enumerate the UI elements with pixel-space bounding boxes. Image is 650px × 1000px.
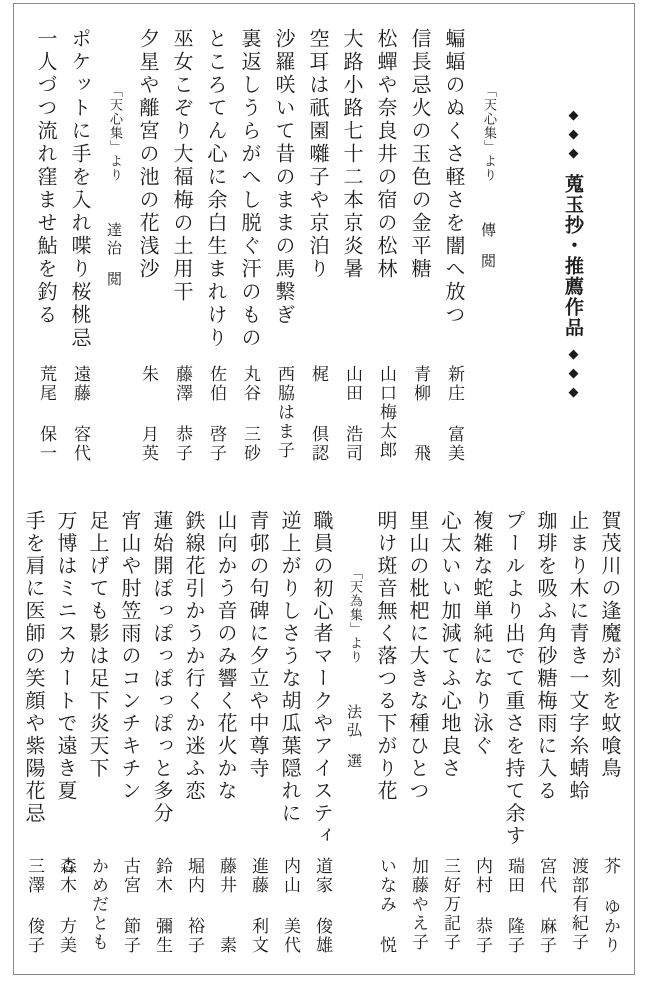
poem-text: 夕星や離宮の池の花浅沙 [136, 28, 160, 281]
author-family-name: 三好万記子 [434, 857, 466, 952]
poem-column: 裏返しうらがへし脱ぐ汗のもの丸谷三砂 [233, 28, 267, 490]
author-given-name: 保一 [29, 425, 63, 463]
poem-column: 珈琲を吸ふ角砂糖梅雨に入る宮代麻子 [530, 510, 562, 976]
poem-column: 賀茂川の逢魔が刻を蚊喰鳥芥ゆかり [594, 510, 626, 976]
poem-text: 止まり木に青き一文字糸蜻蛉 [566, 510, 590, 803]
author-given-name: 素 [210, 936, 242, 955]
poem-text: 万博はミニスカートで遠き夏 [54, 510, 78, 803]
poem-text: 心太いい加減てふ心地良さ [438, 510, 462, 780]
author-name: 道家俊雄 [306, 857, 338, 955]
poem-text: 青邨の句碑に夕立や中尊寺 [246, 510, 270, 780]
author-family-name: 梶 [301, 365, 335, 384]
poem-text: 巫女こぞり大福梅の土用干 [170, 28, 194, 304]
poem-column: 鉄線花引かうか行くか迷ふ恋堀内裕子 [178, 510, 210, 976]
poem-text: 蓮始開ぽっぽっぽっぽっと多分 [150, 510, 174, 825]
poem-column: 足上げても影は足下炎天下かめだともこ [82, 510, 114, 976]
poem-text: 裏返しうらがへし脱ぐ汗のもの [238, 28, 262, 350]
poem-column: プールより出でて重さを持て余す瑞田隆子 [498, 510, 530, 976]
selection-header-column: 「天心集」より達治閲 [97, 28, 131, 490]
author-name: 佐伯啓子 [199, 365, 233, 463]
poem-text: 大路小路七十二本京炎暑 [340, 28, 364, 281]
author-given-name: 三砂 [233, 425, 267, 463]
poem-column: 蝙蝠のぬくさ軽さを闇へ放つ新庄富美 [437, 28, 471, 490]
poem-text: 明け斑音無く落つる下がり花 [374, 510, 398, 803]
author-name: 森木方美 [50, 857, 82, 955]
bottom-section: 賀茂川の逢魔が刻を蚊喰鳥芥ゆかり止まり木に青き一文字糸蜻蛉渡部有紀子珈琲を吸ふ角… [18, 510, 626, 976]
magazine-page: ◆◆◆蒐玉抄・推薦作品◆◆◆ 「天心集」より傳閲蝙蝠のぬくさ軽さを闇へ放つ新庄富… [0, 0, 650, 1000]
header-role-label: 閲 [471, 253, 505, 268]
poem-column: 職員の初心者マークやアイスティ道家俊雄 [306, 510, 338, 976]
page-title: 蒐玉抄・推薦作品 [551, 174, 595, 338]
poem-text: 複雑な蛇単純になり泳ぐ [470, 510, 494, 758]
author-family-name: かめだともこ [82, 857, 114, 955]
author-given-name: ゆかり [594, 898, 626, 955]
author-name: 加藤やえ子 [402, 857, 434, 955]
author-name: 朱月英 [131, 365, 165, 463]
author-name: 山口梅太郎 [369, 365, 403, 463]
author-given-name: 月英 [131, 425, 165, 463]
poem-text: 信長忌火の玉色の金平糖 [408, 28, 432, 281]
poem-text: 鉄線花引かうか行くか迷ふ恋 [182, 510, 206, 803]
poem-text: 賀茂川の逢魔が刻を蚊喰鳥 [598, 510, 622, 780]
author-name: 藤井素 [210, 857, 242, 955]
author-given-name: 俊子 [18, 917, 50, 955]
author-family-name: 朱 [131, 365, 165, 384]
poem-column: 沙羅咲いて昔のままの馬繋ぎ西脇はま子 [267, 28, 301, 490]
poem-text: 山向かう音のみ響く花火かな [214, 510, 238, 803]
author-given-name: 俊雄 [306, 917, 338, 955]
poem-text: ポケットに手を入れ喋り桜桃忌 [68, 28, 92, 350]
author-given-name: 裕子 [178, 917, 210, 955]
header-source-label: 「天心集」より [481, 84, 496, 182]
title-ornament-bottom: ◆◆◆ [551, 347, 595, 404]
author-family-name: 森木 [50, 857, 82, 895]
author-name: 新庄富美 [437, 365, 471, 463]
author-name: 三好万記子 [434, 857, 466, 955]
author-family-name: 瑞田 [498, 857, 530, 895]
header-selector-name: 傳 [471, 222, 505, 240]
author-name: 古宮節子 [114, 857, 146, 955]
author-given-name: 麻子 [530, 917, 562, 955]
author-family-name: 山田 [335, 365, 369, 403]
author-name: いなみ悦 [370, 857, 402, 955]
poem-column: ポケットに手を入れ喋り桜桃忌遠藤容代 [63, 28, 97, 490]
author-name: 藤澤恭子 [165, 365, 199, 463]
poem-text: 沙羅咲いて昔のままの馬繋ぎ [272, 28, 296, 327]
author-family-name: 新庄 [437, 365, 471, 403]
author-family-name: 内山 [274, 857, 306, 895]
author-family-name: 丸谷 [233, 365, 267, 403]
author-given-name: 倶認 [301, 425, 335, 463]
poem-text: 足上げても影は足下炎天下 [86, 510, 110, 780]
author-family-name: 荒尾 [29, 365, 63, 403]
poem-column: 明け斑音無く落つる下がり花いなみ悦 [370, 510, 402, 976]
author-family-name: 三澤 [18, 857, 50, 895]
author-family-name: 山口梅太郎 [369, 365, 403, 460]
poem-text: 松蟬や奈良井の宿の松林 [374, 28, 398, 281]
title-ornament-top: ◆◆◆ [566, 108, 581, 165]
author-family-name: 堀内 [178, 857, 210, 895]
author-given-name: 方美 [50, 917, 82, 955]
author-given-name: 容代 [63, 425, 97, 463]
author-family-name: 進藤 [242, 857, 274, 895]
poem-column: 大路小路七十二本京炎暑山田浩司 [335, 28, 369, 490]
poem-column: 手を肩に医師の笑顔や紫陽花忌三澤俊子 [18, 510, 50, 976]
author-name: 堀内裕子 [178, 857, 210, 955]
poem-text: 逆上がりしさうな胡瓜葉隠れに [278, 510, 302, 825]
author-name: 内村恭子 [466, 857, 498, 955]
author-name: 青柳飛 [403, 365, 437, 463]
poem-column: 里山の枇杷に大きな種ひとつ加藤やえ子 [402, 510, 434, 976]
selection-header-column: 「天為集」より法弘選 [338, 510, 370, 976]
poem-column: 心太いい加減てふ心地良さ三好万記子 [434, 510, 466, 976]
header-role-label: 選 [338, 753, 370, 768]
author-family-name: 渡部有紀子 [562, 857, 594, 952]
author-family-name: いなみ [370, 857, 402, 914]
author-given-name: 飛 [403, 444, 437, 463]
author-family-name: 古宮 [114, 857, 146, 895]
poem-text: 手を肩に医師の笑顔や紫陽花忌 [22, 510, 46, 825]
poem-column: 万博はミニスカートで遠き夏森木方美 [50, 510, 82, 976]
author-given-name: 隆子 [498, 917, 530, 955]
poem-text: プールより出でて重さを持て余す [502, 510, 526, 848]
author-given-name: 浩司 [335, 425, 369, 463]
author-name: 三澤俊子 [18, 857, 50, 955]
poem-column: 巫女こぞり大福梅の土用干藤澤恭子 [165, 28, 199, 490]
poem-column: 一人づつ流れ窪ませ鮎を釣る荒尾保一 [29, 28, 63, 490]
author-given-name: 節子 [114, 917, 146, 955]
poem-column: 複雑な蛇単純になり泳ぐ内村恭子 [466, 510, 498, 976]
poem-text: 職員の初心者マークやアイスティ [310, 510, 334, 848]
poem-column: 信長忌火の玉色の金平糖青柳飛 [403, 28, 437, 490]
author-family-name: 芥 [594, 857, 626, 876]
author-family-name: 遠藤 [63, 365, 97, 403]
author-family-name: 西脇はま子 [267, 365, 301, 460]
author-family-name: 鈴木 [146, 857, 178, 895]
author-name: 山田浩司 [335, 365, 369, 463]
author-given-name: 悦 [370, 936, 402, 955]
header-source-label: 「天心集」より [107, 84, 122, 182]
top-section: ◆◆◆蒐玉抄・推薦作品◆◆◆ 「天心集」より傳閲蝙蝠のぬくさ軽さを闇へ放つ新庄富… [25, 28, 595, 490]
author-family-name: 藤井 [210, 857, 242, 895]
poem-column: 宵山や肘笠雨のコンチキチン古宮節子 [114, 510, 146, 976]
poem-column: 止まり木に青き一文字糸蜻蛉渡部有紀子 [562, 510, 594, 976]
poem-column: ところてん心に余白生まれけり佐伯啓子 [199, 28, 233, 490]
poem-text: 里山の枇杷に大きな種ひとつ [406, 510, 430, 803]
author-name: 芥ゆかり [594, 857, 626, 955]
author-name: 荒尾保一 [29, 365, 63, 463]
author-family-name: 加藤やえ子 [402, 857, 434, 952]
author-name: 鈴木彌生 [146, 857, 178, 955]
poem-column: 蓮始開ぽっぽっぽっぽっと多分鈴木彌生 [146, 510, 178, 976]
author-given-name: 恭子 [165, 425, 199, 463]
poem-column: 山向かう音のみ響く花火かな藤井素 [210, 510, 242, 976]
author-name: 西脇はま子 [267, 365, 301, 463]
poem-column: 松蟬や奈良井の宿の松林山口梅太郎 [369, 28, 403, 490]
author-given-name: 彌生 [146, 917, 178, 955]
author-given-name: 美代 [274, 917, 306, 955]
author-given-name: 富美 [437, 425, 471, 463]
poem-column: 逆上がりしさうな胡瓜葉隠れに内山美代 [274, 510, 306, 976]
author-name: 瑞田隆子 [498, 857, 530, 955]
author-family-name: 宮代 [530, 857, 562, 895]
author-given-name: 利文 [242, 917, 274, 955]
poem-column: 空耳は祇園囃子や京泊り梶倶認 [301, 28, 335, 490]
header-role-label: 閲 [97, 271, 131, 286]
header-source-label: 「天為集」より [347, 566, 362, 664]
author-given-name: 恭子 [466, 917, 498, 955]
header-selector-name: 達治 [97, 222, 131, 258]
author-given-name: 啓子 [199, 425, 233, 463]
selection-header-column: 「天心集」より傳閲 [471, 28, 505, 490]
author-name: 丸谷三砂 [233, 365, 267, 463]
author-name: 渡部有紀子 [562, 857, 594, 955]
poem-text: ところてん心に余白生まれけり [204, 28, 228, 350]
poem-column: 夕星や離宮の池の花浅沙朱月英 [131, 28, 165, 490]
author-name: 遠藤容代 [63, 365, 97, 463]
author-family-name: 道家 [306, 857, 338, 895]
author-family-name: 佐伯 [199, 365, 233, 403]
author-family-name: 藤澤 [165, 365, 199, 403]
poem-text: 蝙蝠のぬくさ軽さを闇へ放つ [442, 28, 466, 327]
section-title-column: ◆◆◆蒐玉抄・推薦作品◆◆◆ [551, 28, 595, 490]
poem-text: 宵山や肘笠雨のコンチキチン [118, 510, 142, 803]
author-name: 進藤利文 [242, 857, 274, 955]
author-family-name: 青柳 [403, 365, 437, 403]
poem-text: 空耳は祇園囃子や京泊り [306, 28, 330, 281]
author-name: かめだともこ [82, 857, 114, 955]
header-selector-name: 法弘 [338, 704, 370, 740]
poem-text: 一人づつ流れ窪ませ鮎を釣る [34, 28, 58, 327]
poem-column: 青邨の句碑に夕立や中尊寺進藤利文 [242, 510, 274, 976]
author-name: 梶倶認 [301, 365, 335, 463]
author-family-name: 内村 [466, 857, 498, 895]
author-name: 内山美代 [274, 857, 306, 955]
poem-text: 珈琲を吸ふ角砂糖梅雨に入る [534, 510, 558, 803]
author-name: 宮代麻子 [530, 857, 562, 955]
